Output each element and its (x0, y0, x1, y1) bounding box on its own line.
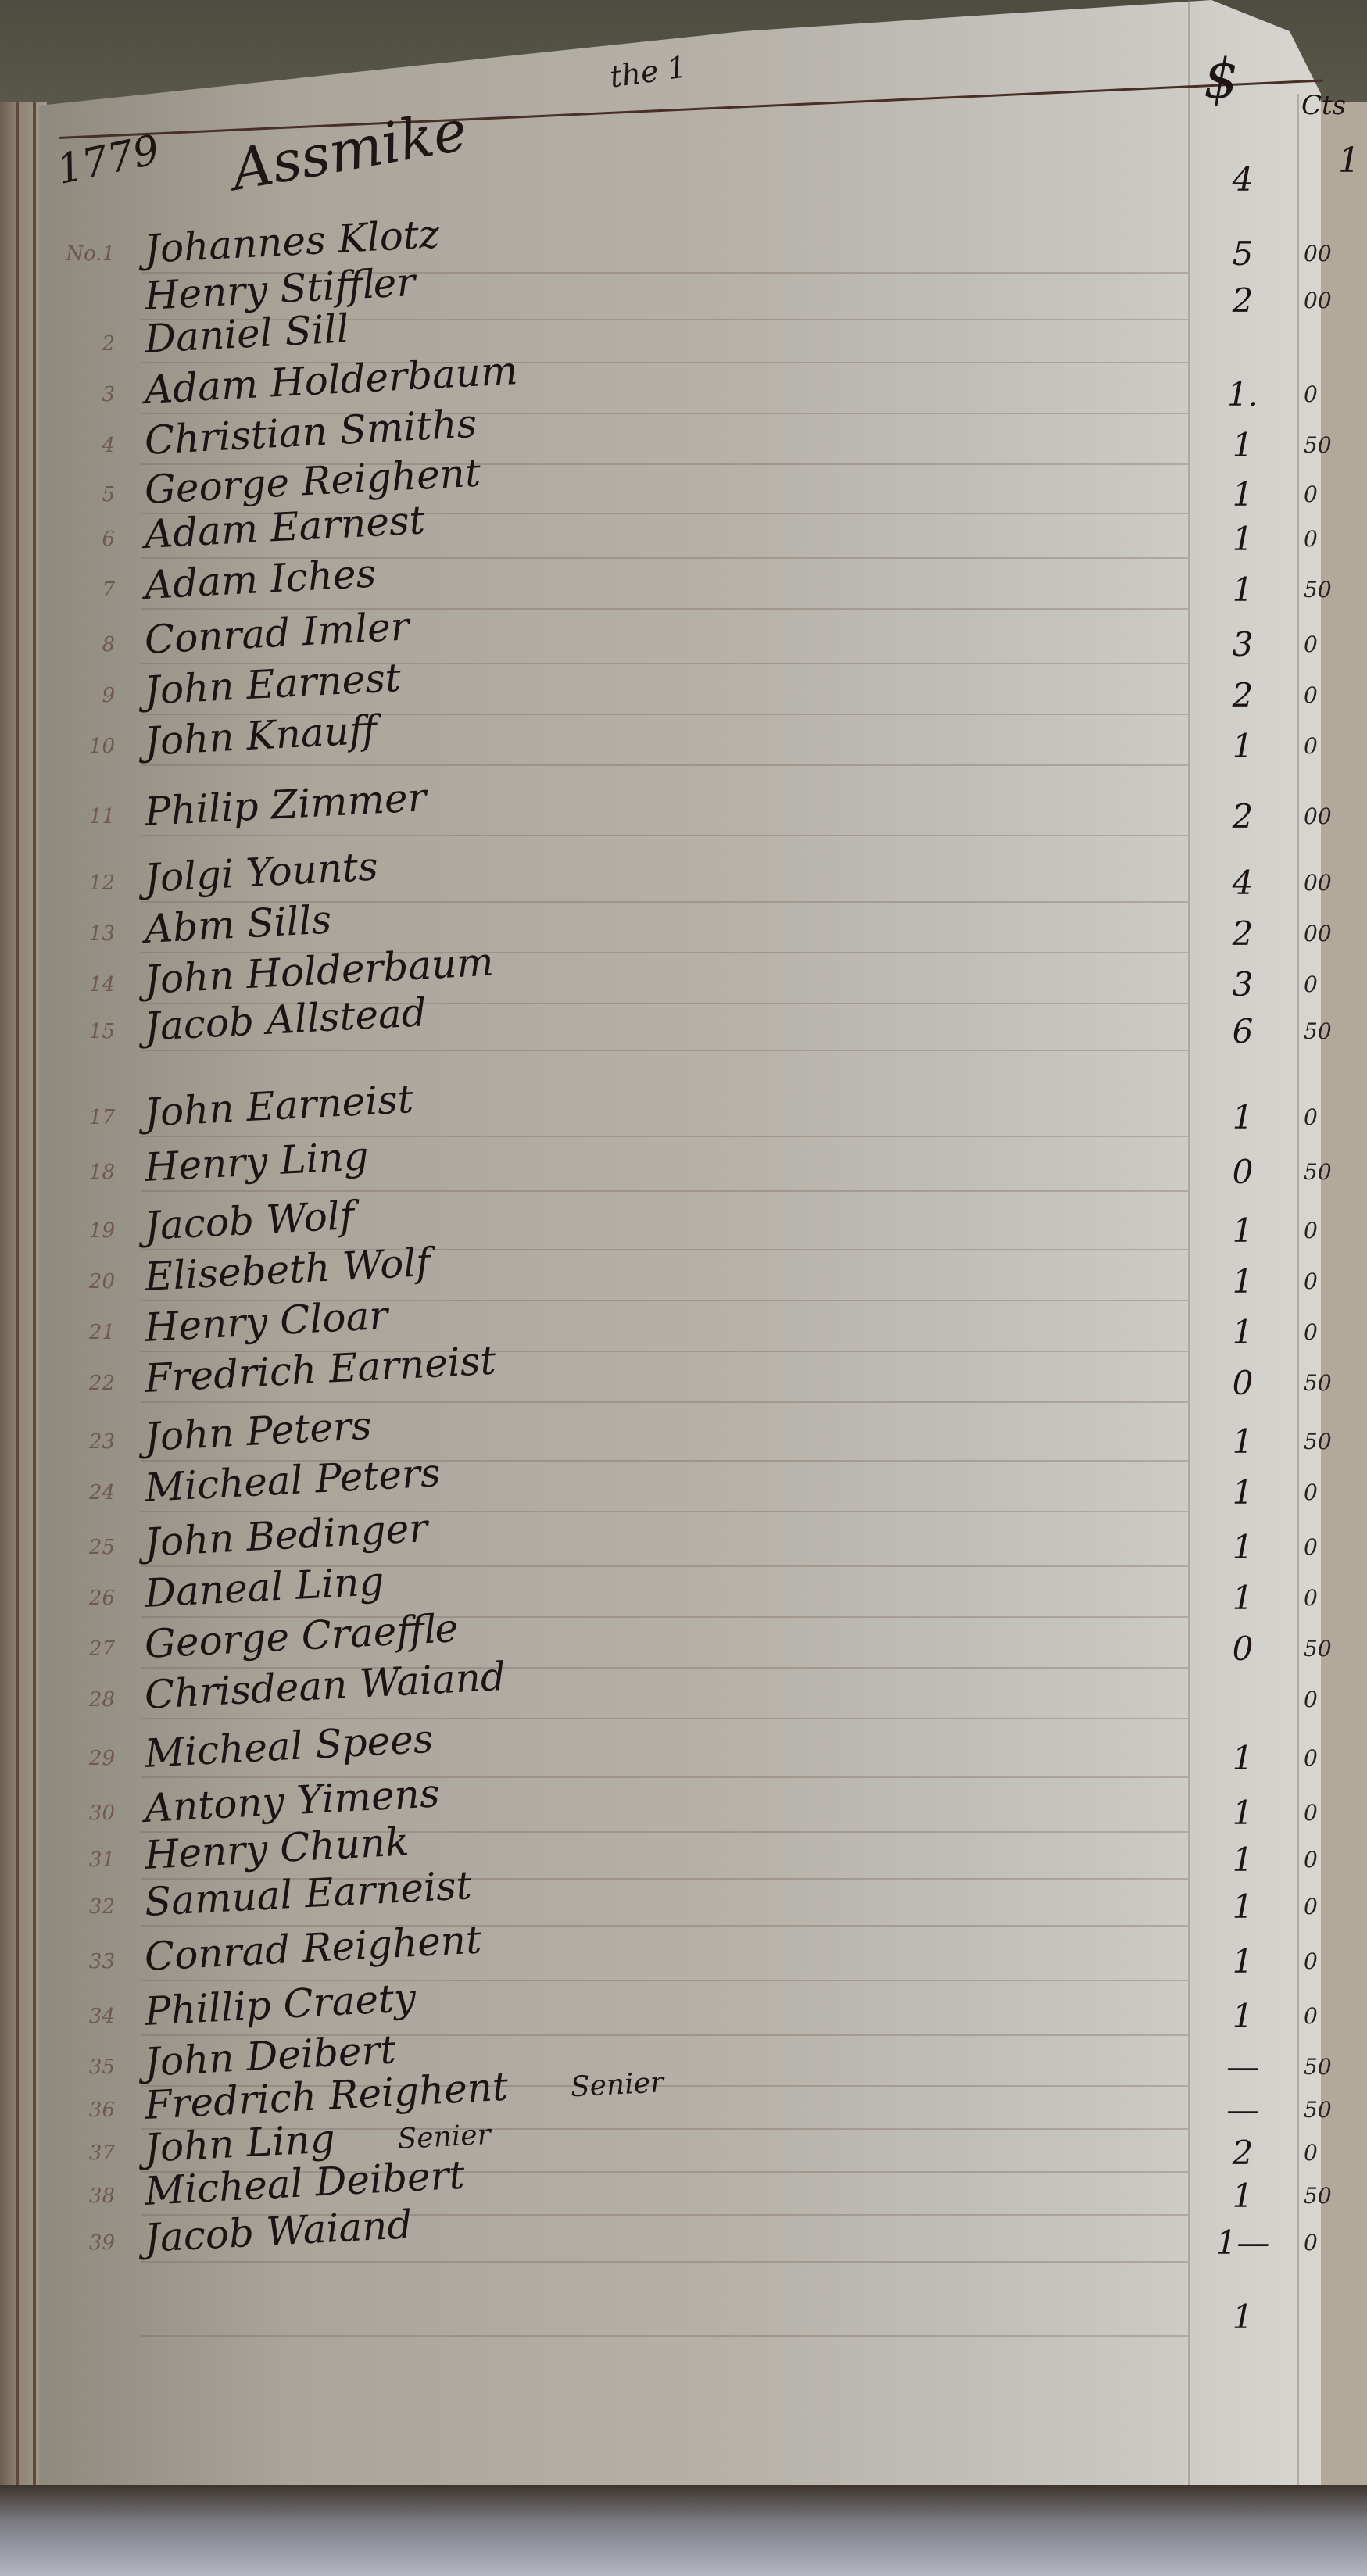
entry-cents: 0 (1304, 631, 1318, 657)
dollar-column-rule (1188, 0, 1190, 2501)
entry-number: 5 (56, 483, 115, 506)
entry-cents: 00 (1304, 803, 1332, 829)
dollar-column-header: $ (1204, 47, 1239, 111)
entry-dollars: 1 (1215, 1473, 1270, 1512)
entry-dollars: 4 (1215, 864, 1270, 902)
entry-cents: 0 (1304, 1948, 1318, 1974)
entry-number: 36 (56, 2098, 115, 2122)
entry-number: 18 (56, 1161, 115, 1184)
entry-cents: 0 (1304, 481, 1318, 507)
entry-number: 29 (56, 1747, 115, 1770)
ruled-line (141, 1401, 1188, 1403)
entry-number: 15 (56, 1020, 115, 1043)
entry-cents: 0 (1304, 682, 1318, 708)
top-row-dollars: 4 (1215, 160, 1270, 199)
cents-column-rule (1297, 94, 1299, 2485)
entry-number: 28 (56, 1688, 115, 1712)
entry-cents: 00 (1304, 288, 1332, 313)
entry-cents: 0 (1304, 381, 1318, 407)
entry-number: No.1 (56, 242, 115, 266)
entry-cents: 50 (1304, 1159, 1332, 1185)
entry-dollars: 1 (1215, 1739, 1270, 1777)
entry-cents: 0 (1304, 1745, 1318, 1771)
entry-name (143, 2287, 208, 2335)
entry-suffix: Senier (397, 2119, 492, 2156)
entry-cents: 0 (1304, 1847, 1318, 1873)
entry-dollars: 1 (1215, 1841, 1270, 1879)
entry-dollars: 1 (1215, 727, 1270, 765)
entry-cents: 0 (1304, 1319, 1318, 1345)
entry-cents: 50 (1304, 1429, 1332, 1454)
page-bottom-shadow (0, 2485, 1367, 2576)
entry-cents: 0 (1304, 1687, 1318, 1712)
entry-dollars: 2 (1215, 2134, 1270, 2172)
entry-dollars: 1 (1215, 520, 1270, 558)
ruled-line (141, 2335, 1188, 2337)
entry-cents: 50 (1304, 2183, 1332, 2209)
entry-number: 34 (56, 2005, 115, 2028)
entry-cents: 00 (1304, 921, 1332, 946)
entry-number: 10 (56, 735, 115, 758)
entry-cents: 00 (1304, 241, 1332, 267)
entry-suffix: Senier (570, 2066, 664, 2103)
entry-dollars: 6 (1215, 1012, 1270, 1050)
entry-number: 23 (56, 1430, 115, 1454)
ruled-line (141, 1190, 1188, 1192)
entry-number: 37 (56, 2141, 115, 2165)
ruled-line (141, 1050, 1188, 1051)
entry-cents: 50 (1304, 577, 1332, 603)
entry-dollars: 1 (1215, 1262, 1270, 1301)
entry-cents: 0 (1304, 1479, 1318, 1505)
entry-dollars: — (1215, 2048, 1270, 2086)
entry-dollars: 1. (1215, 375, 1270, 413)
entry-dollars: 1 (1215, 2177, 1270, 2215)
entry-dollars: 3 (1215, 625, 1270, 664)
carry-mark: 1 (1338, 141, 1360, 181)
entry-number: 21 (56, 1321, 115, 1344)
entry-cents: 0 (1304, 2140, 1318, 2166)
entry-number: 13 (56, 922, 115, 946)
entry-dollars: 1 (1215, 1422, 1270, 1461)
entry-number: 14 (56, 973, 115, 996)
entry-cents: 0 (1304, 1218, 1318, 1243)
entry-cents: 0 (1304, 1585, 1318, 1611)
entry-number: 24 (56, 1481, 115, 1504)
entry-dollars: 1 (1215, 1098, 1270, 1136)
entry-number: 30 (56, 1801, 115, 1825)
entry-dollars: 5 (1215, 234, 1270, 273)
entry-dollars: 0 (1215, 1153, 1270, 1191)
entry-dollars: 0 (1215, 1364, 1270, 1402)
entry-cents: 0 (1304, 1534, 1318, 1560)
ruled-line (141, 1718, 1188, 1719)
entry-dollars: 1 (1215, 1942, 1270, 1980)
entry-number: 38 (56, 2184, 115, 2208)
entry-cents: 0 (1304, 733, 1318, 759)
entry-cents: 0 (1304, 2230, 1318, 2256)
entry-number: 7 (56, 578, 115, 602)
entry-number: 17 (56, 1106, 115, 1129)
entry-cents: 50 (1304, 2054, 1332, 2080)
entry-number: 32 (56, 1895, 115, 1919)
entry-dollars: 1 (1215, 1579, 1270, 1617)
entry-number: 4 (56, 434, 115, 457)
entry-dollars: 2 (1215, 676, 1270, 714)
spine-line (33, 102, 36, 2509)
entry-number: 25 (56, 1536, 115, 1559)
entry-dollars: 1 (1215, 1794, 1270, 1832)
entry-number: 19 (56, 1219, 115, 1243)
entry-dollars: 1 (1215, 1211, 1270, 1250)
entry-dollars: 1 (1215, 475, 1270, 513)
entry-dollars: 0 (1215, 1630, 1270, 1668)
entry-number: 31 (56, 1848, 115, 1872)
entry-number: 22 (56, 1372, 115, 1395)
entry-cents: 0 (1304, 1800, 1318, 1826)
entry-cents: 50 (1304, 2097, 1332, 2123)
entry-cents: 0 (1304, 526, 1318, 552)
entry-dollars: 1 (1215, 2298, 1270, 2336)
entry-dollars: 1 (1215, 1997, 1270, 2035)
entry-number: 6 (56, 528, 115, 551)
entry-dollars: 1— (1215, 2224, 1270, 2262)
entry-number: 33 (56, 1950, 115, 1973)
entry-cents: 0 (1304, 971, 1318, 997)
entry-cents: 0 (1304, 1104, 1318, 1130)
entry-dollars: 2 (1215, 914, 1270, 953)
ruled-line (141, 2261, 1188, 2263)
ruled-line (141, 835, 1188, 836)
cents-column-header: Cts (1301, 90, 1346, 121)
entry-cents: 0 (1304, 1268, 1318, 1294)
entry-number: 8 (56, 633, 115, 657)
entry-cents: 50 (1304, 1636, 1332, 1662)
entry-dollars: 2 (1215, 281, 1270, 320)
entry-cents: 0 (1304, 1894, 1318, 1919)
entry-number: 35 (56, 2055, 115, 2079)
entry-number: 26 (56, 1587, 115, 1610)
entry-number: 9 (56, 684, 115, 707)
entry-cents: 50 (1304, 1370, 1332, 1396)
entry-dollars: 1 (1215, 571, 1270, 609)
entry-cents: 00 (1304, 870, 1332, 896)
entry-dollars: 1 (1215, 1313, 1270, 1351)
entry-number: 3 (56, 383, 115, 406)
entry-number: 27 (56, 1637, 115, 1661)
entry-number: 2 (56, 332, 115, 356)
entry-cents: 0 (1304, 2003, 1318, 2029)
entry-number: 39 (56, 2231, 115, 2255)
entry-cents: 50 (1304, 1018, 1332, 1044)
ruled-line (141, 764, 1188, 766)
entry-dollars: 2 (1215, 797, 1270, 835)
entry-dollars: 1 (1215, 426, 1270, 464)
entry-dollars: 3 (1215, 965, 1270, 1004)
entry-number: 11 (56, 805, 115, 828)
entry-cents: 50 (1304, 432, 1332, 458)
entry-number: 20 (56, 1270, 115, 1293)
spine-line (16, 102, 19, 2509)
entry-dollars: — (1215, 2091, 1270, 2129)
entry-dollars: 1 (1215, 1887, 1270, 1926)
entry-dollars: 1 (1215, 1528, 1270, 1566)
entry-number: 12 (56, 871, 115, 895)
